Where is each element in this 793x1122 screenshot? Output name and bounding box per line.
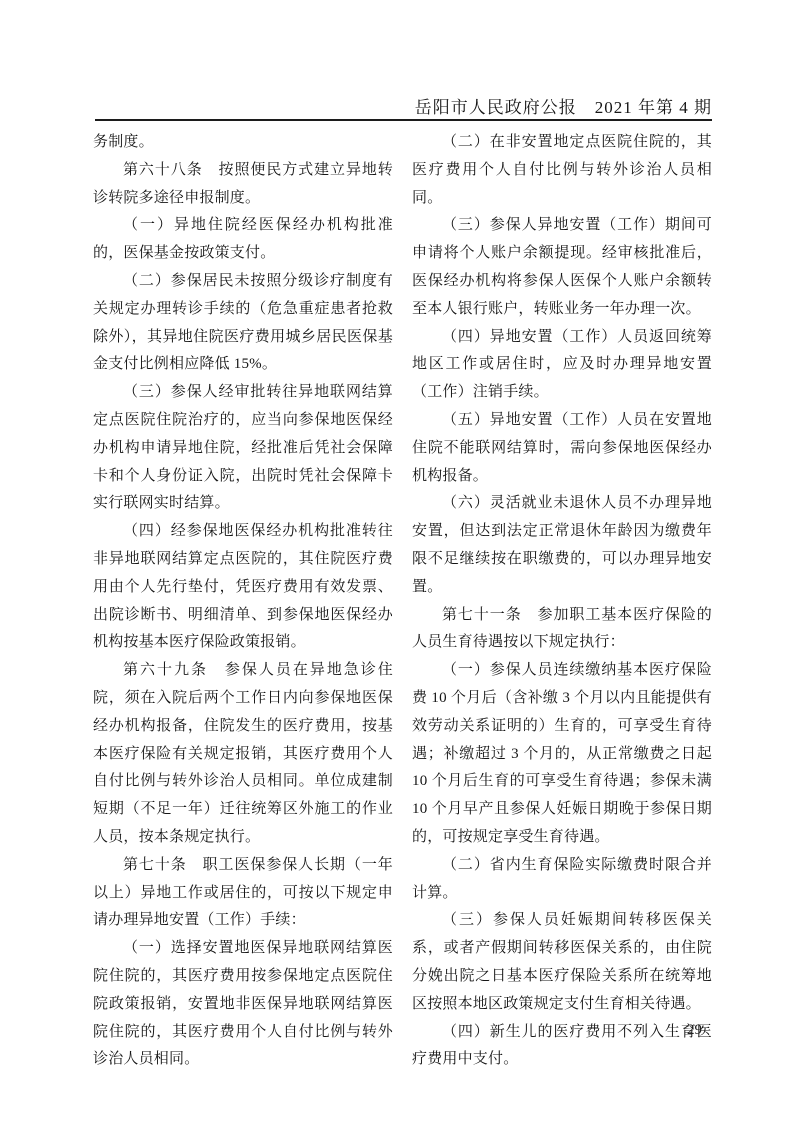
paragraph: （三）参保人经审批转往异地联网结算定点医院住院治疗的，应当向参保地医保经办机构申… bbox=[93, 379, 393, 518]
paragraph: （一）异地住院经医保经办机构批准的，医保基金按政策支付。 bbox=[93, 212, 393, 268]
paragraph: （一）参保人员连续缴纳基本医疗保险费 10 个月后（含补缴 3 个月以内且能提供… bbox=[412, 657, 712, 852]
paragraph: （三）参保人员妊娠期间转移医保关系，或者产假期间转移医保关系的，由住院分娩出院之… bbox=[412, 907, 712, 1018]
document-page: 岳阳市人民政府公报2021 年第 4 期 务制度。第六十八条 按照便民方式建立异… bbox=[0, 0, 793, 1122]
paragraph: （三）参保人异地安置（工作）期间可申请将个人账户余额提现。经审核批准后，医保经办… bbox=[412, 212, 712, 323]
paragraph: （六）灵活就业未退休人员不办理异地安置，但达到法定正常退休年龄因为缴费年限不足继… bbox=[412, 490, 712, 601]
paragraph: （二）省内生育保险实际缴费时限合并计算。 bbox=[412, 852, 712, 908]
paragraph: 第七十条 职工医保参保人长期（一年以上）异地工作或居住的，可按以下规定申请办理异… bbox=[93, 852, 393, 935]
right-column: （二）在非安置地定点医院住院的，其医疗费用个人自付比例与转外诊治人员相同。（三）… bbox=[412, 129, 712, 1074]
issue-label: 2021 年第 4 期 bbox=[595, 98, 712, 117]
paragraph: 第六十九条 参保人员在异地急诊住院，须在入院后两个工作日内向参保地医保经办机构报… bbox=[93, 657, 393, 852]
paragraph: （二）参保居民未按照分级诊疗制度有关规定办理转诊手续的（危急重症患者抢救除外），… bbox=[93, 268, 393, 379]
paragraph: （五）异地安置（工作）人员在安置地住院不能联网结算时，需向参保地医保经办机构报备… bbox=[412, 407, 712, 490]
page-number: 29 bbox=[95, 1022, 712, 1039]
paragraph: 第六十八条 按照便民方式建立异地转诊转院多途径申报制度。 bbox=[93, 157, 393, 213]
publication-title: 岳阳市人民政府公报 bbox=[415, 98, 577, 117]
header-divider bbox=[95, 119, 712, 121]
paragraph: 务制度。 bbox=[93, 129, 393, 157]
paragraph: （四）经参保地医保经办机构批准转往非异地联网结算定点医院的，其住院医疗费用由个人… bbox=[93, 518, 393, 657]
paragraph: （四）异地安置（工作）人员返回统筹地区工作或居住时，应及时办理异地安置（工作）注… bbox=[412, 324, 712, 407]
left-column: 务制度。第六十八条 按照便民方式建立异地转诊转院多途径申报制度。（一）异地住院经… bbox=[93, 129, 393, 1074]
paragraph: 第七十一条 参加职工基本医疗保险的人员生育待遇按以下规定执行： bbox=[412, 602, 712, 658]
page-header: 岳阳市人民政府公报2021 年第 4 期 bbox=[95, 93, 712, 118]
paragraph: （一）选择安置地医保异地联网结算医院住院的，其医疗费用按参保地定点医院住院政策报… bbox=[93, 935, 393, 1074]
paragraph: （二）在非安置地定点医院住院的，其医疗费用个人自付比例与转外诊治人员相同。 bbox=[412, 129, 712, 212]
